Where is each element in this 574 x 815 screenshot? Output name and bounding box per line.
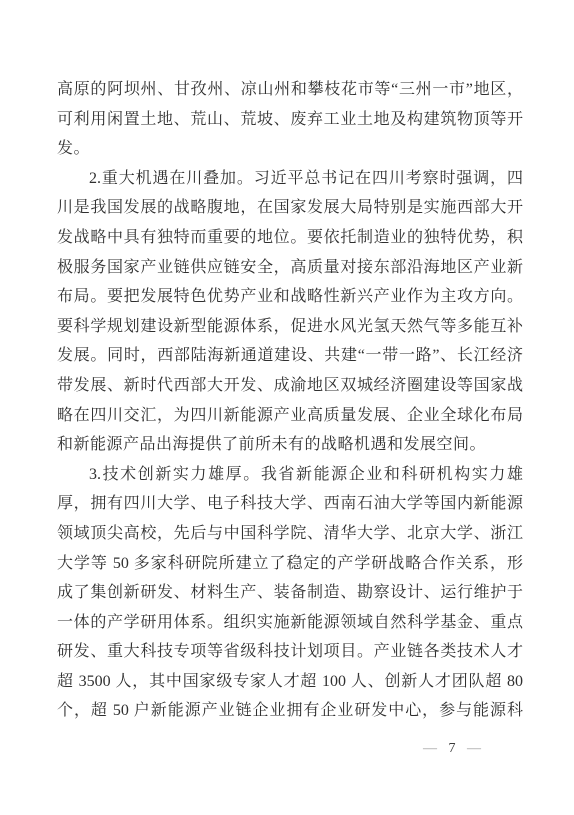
document-page: 高原的阿坝州、甘孜州、凉山州和攀枝花市等“三州一市”地区， 可利用闲置土地、荒山…	[0, 0, 574, 815]
page-number-dash-right: —	[467, 741, 482, 756]
text-line: 超 3500 人，其中国家级专家人才超 100 人、创新人才团队超 80	[57, 667, 523, 697]
text-line: 厚，拥有四川大学、电子科技大学、西南石油大学等国内新能源	[57, 489, 523, 519]
document-text-block: 高原的阿坝州、甘孜州、凉山州和攀枝花市等“三州一市”地区， 可利用闲置土地、荒山…	[57, 75, 523, 726]
text-line: 个，超 50 户新能源产业链企业拥有企业研发中心，参与能源科	[57, 696, 523, 726]
text-line: 成了集创新研发、材料生产、装备制造、勘察设计、运行维护于	[57, 578, 523, 608]
text-line: 可利用闲置土地、荒山、荒坡、废弃工业土地及构建筑物顶等开	[57, 105, 523, 135]
page-number: — 7 —	[423, 740, 482, 758]
page-number-value: 7	[443, 741, 463, 756]
text-line-paragraph-start: 3.技术创新实力雄厚。我省新能源企业和科研机构实力雄	[57, 460, 523, 490]
text-line: 略在四川交汇，为四川新能源产业高质量发展、企业全球化布局	[57, 401, 523, 431]
text-line: 极服务国家产业链供应链安全，高质量对接东部沿海地区产业新	[57, 253, 523, 283]
text-line: 和新能源产品出海提供了前所未有的战略机遇和发展空间。	[57, 430, 523, 460]
text-line: 川是我国发展的战略腹地，在国家发展大局特别是实施西部大开	[57, 193, 523, 223]
text-line: 发战略中具有独特而重要的地位。要依托制造业的独特优势，积	[57, 223, 523, 253]
text-line: 布局。要把发展特色优势产业和战略性新兴产业作为主攻方向。	[57, 282, 523, 312]
text-line: 要科学规划建设新型能源体系，促进水风光氢天然气等多能互补	[57, 312, 523, 342]
text-line: 带发展、新时代西部大开发、成渝地区双城经济圈建设等国家战	[57, 371, 523, 401]
text-line: 研发、重大科技专项等省级科技计划项目。产业链各类技术人才	[57, 637, 523, 667]
text-line: 高原的阿坝州、甘孜州、凉山州和攀枝花市等“三州一市”地区，	[57, 75, 523, 105]
text-line-paragraph-start: 2.重大机遇在川叠加。习近平总书记在四川考察时强调，四	[57, 164, 523, 194]
page-number-dash-left: —	[423, 741, 438, 756]
text-line: 领域顶尖高校，先后与中国科学院、清华大学、北京大学、浙江	[57, 519, 523, 549]
text-line: 发。	[57, 134, 523, 164]
text-line: 大学等 50 多家科研院所建立了稳定的产学研战略合作关系，形	[57, 549, 523, 579]
text-line: 一体的产学研用体系。组织实施新能源领域自然科学基金、重点	[57, 608, 523, 638]
text-line: 发展。同时，西部陆海新通道建设、共建“一带一路”、长江经济	[57, 341, 523, 371]
